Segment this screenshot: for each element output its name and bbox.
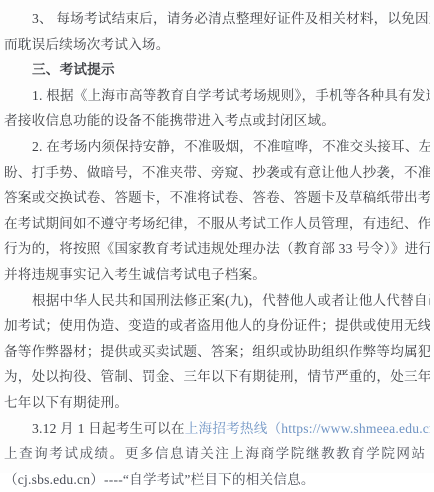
doc-line-rule2-6: 并将违规事实记入考生诚信考试电子档案。 bbox=[4, 262, 430, 288]
doc-line-rule2-3: 答案或交换试卷、答题卡，不准将试卷、答卷、答题卡及草稿纸带出考场。 bbox=[4, 185, 430, 211]
doc-line-rule2-5: 行为的，将按照《国家教育考试违规处理办法（教育部 33 号令）》进行处理 bbox=[4, 236, 430, 262]
doc-line-rule2-1: 2. 在考场内须保持安静，不准吸烟，不准喧哗，不准交头接耳、左顾右 bbox=[4, 134, 430, 160]
section-heading-exam-tips: 三、考试提示 bbox=[4, 57, 430, 83]
doc-line-criminal-law-2: 加考试；使用伪造、变造的或者盗用他人的身份证件；提供或使用无线电设 bbox=[4, 313, 430, 339]
doc-line-rule1-1: 1. 根据《上海市高等教育自学考试考场规则》，手机等各种具有发送或 bbox=[4, 83, 430, 109]
shmeea-hotline-link[interactable]: 上海招考热线（https://www.shmeea.edu.cn） bbox=[185, 421, 430, 436]
doc-line-rule1-2: 者接收信息功能的设备不能携带进入考点或封闭区域。 bbox=[4, 108, 430, 134]
doc-line-results-1: 3.12 月 1 日起考生可以在上海招考热线（https://www.shmee… bbox=[4, 416, 430, 442]
doc-line-materials-2: 而耽误后续场次考试入场。 bbox=[4, 32, 430, 58]
doc-line-criminal-law-3: 备等作弊器材；提供或买卖试题、答案；组织或协助组织作弊等均属犯罪行 bbox=[4, 339, 430, 365]
doc-line-rule2-4: 在考试期间如不遵守考场纪律，不服从考试工作人员管理，有违纪、作弊等 bbox=[4, 211, 430, 237]
doc-line-results-2: 上查询考试成绩。更多信息请关注上海商学院继教教育学院网站 bbox=[4, 441, 430, 467]
doc-line-criminal-law-5: 七年以下有期徒刑。 bbox=[4, 390, 430, 416]
doc-line-materials-1: 3、 每场考试结束后，请务必清点整理好证件及相关材料，以免因遗失 bbox=[4, 6, 430, 32]
doc-line-rule2-2: 盼、打手势、做暗号，不准夹带、旁窥、抄袭或有意让他人抄袭，不准传抄 bbox=[4, 160, 430, 186]
doc-line-results-3: （cj.sbs.edu.cn）----“自学考试”栏目下的相关信息。 bbox=[4, 467, 430, 492]
doc-line-criminal-law-4: 为，处以拘役、管制、罚金、三年以下有期徒刑，情节严重的，处三年以上 bbox=[4, 364, 430, 390]
exam-notice-document: 3、 每场考试结束后，请务必清点整理好证件及相关材料，以免因遗失 而耽误后续场次… bbox=[0, 0, 434, 473]
results-line-prefix: 3.12 月 1 日起考生可以在 bbox=[32, 421, 185, 436]
doc-line-criminal-law-1: 根据中华人民共和国刑法修正案(九)，代替他人或者让他人代替自己参 bbox=[4, 288, 430, 314]
